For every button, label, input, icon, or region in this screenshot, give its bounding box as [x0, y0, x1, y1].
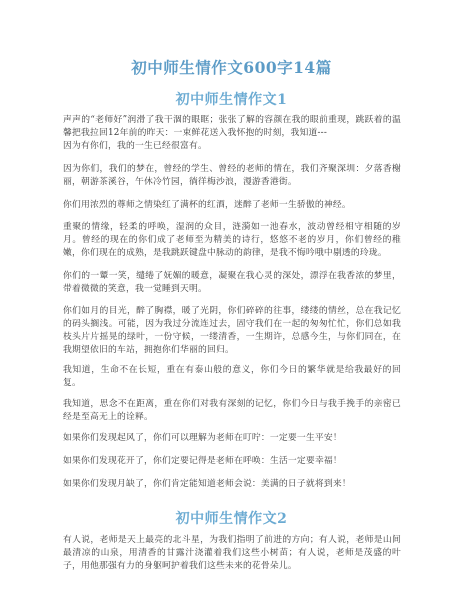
paragraph: 如果你们发现花开了，你们定要记得是老师在呼唤：生活一定要幸福！ — [63, 455, 401, 468]
paragraph: 重聚的情缘，轻柔的呼唤，湿润的众目，涟漪如一池春水，波动曾经相守相随的岁月。曾经… — [63, 221, 401, 260]
paragraph-line: 你们如月的目光，醉了胸襟，暖了光阴，你们碎碎的往事，缕缕的情丝，总在我记忆的码头… — [63, 305, 401, 357]
paragraph: 如果你们发现起风了，你们可以理解为老师在叮咛：一定要一生平安！ — [63, 432, 401, 445]
paragraph: 你们如月的目光，醉了胸襟，暖了光阴，你们碎碎的往事，缕缕的情丝，总在我记忆的码头… — [63, 305, 401, 357]
document-title: 初中师生情作文600字14篇 — [0, 56, 463, 78]
document-page: 初中师生情作文600字14篇 初中师生情作文1 声声的“老师好”润滑了我干涸的眼… — [0, 0, 463, 600]
section-heading-2: 初中师生情作文2 — [0, 508, 463, 528]
paragraph-line: 因为有你们，我的一生已经很富有。 — [63, 140, 401, 153]
paragraph-line: 声声的“老师好”润滑了我干涸的眼眶；张张了解的容颜在我的眼前重现，跳跃着的温馨把… — [63, 114, 401, 140]
paragraph: 我知道，思念不在距离，重在你们对我有深刻的记忆，你们今日与我手挽手的亲密已经是至… — [63, 398, 401, 424]
paragraph-line: 因为你们，我们的梦在，曾经的学生、曾经的老师的情在，我们齐聚深圳：夕落香榭丽，朝… — [63, 163, 401, 189]
paragraph: 因为你们，我们的梦在，曾经的学生、曾经的老师的情在，我们齐聚深圳：夕落香榭丽，朝… — [63, 163, 401, 189]
paragraph-line: 你们的一颦一笑，缱绻了妩媚的暖意，凝聚在我心灵的深处，漂浮在我香浓的梦里，带着微… — [63, 270, 401, 296]
paragraph-line: 我知道，生命不在长短，重在有泰山般的意义，你们今日的繁华就是给我最好的回复。 — [63, 364, 401, 390]
paragraph-line: 如果你们发现月缺了，你们肯定能知道老师会说：美满的日子就将到来！ — [63, 478, 401, 491]
paragraph-line: 重聚的情缘，轻柔的呼唤，湿润的众目，涟漪如一池春水，波动曾经相守相随的岁月。曾经… — [63, 221, 401, 260]
paragraph-line: 你们用浓烈的尊师之情染红了满杯的红酒，迷醉了老师一生骄傲的神经。 — [63, 199, 401, 212]
paragraph-line: 如果你们发现花开了，你们定要记得是老师在呼唤：生活一定要幸福！ — [63, 455, 401, 468]
paragraph-line: 我知道，思念不在距离，重在你们对我有深刻的记忆，你们今日与我手挽手的亲密已经是至… — [63, 398, 401, 424]
paragraph: 如果你们发现月缺了，你们肯定能知道老师会说：美满的日子就将到来！ — [63, 478, 401, 491]
paragraph: 你们的一颦一笑，缱绻了妩媚的暖意，凝聚在我心灵的深处，漂浮在我香浓的梦里，带着微… — [63, 270, 401, 296]
section-heading-1: 初中师生情作文1 — [0, 89, 463, 109]
paragraph-line: 如果你们发现起风了，你们可以理解为老师在叮咛：一定要一生平安！ — [63, 432, 401, 445]
paragraph: 有人说，老师是天上最亮的北斗星，为我们指明了前进的方向；有人说，老师是山间最清凉… — [63, 534, 401, 573]
paragraph: 我知道，生命不在长短，重在有泰山般的意义，你们今日的繁华就是给我最好的回复。 — [63, 364, 401, 390]
paragraph-line: 有人说，老师是天上最亮的北斗星，为我们指明了前进的方向；有人说，老师是山间最清凉… — [63, 534, 401, 573]
paragraph: 你们用浓烈的尊师之情染红了满杯的红酒，迷醉了老师一生骄傲的神经。 — [63, 199, 401, 212]
paragraph: 声声的“老师好”润滑了我干涸的眼眶；张张了解的容颜在我的眼前重现，跳跃着的温馨把… — [63, 114, 401, 153]
